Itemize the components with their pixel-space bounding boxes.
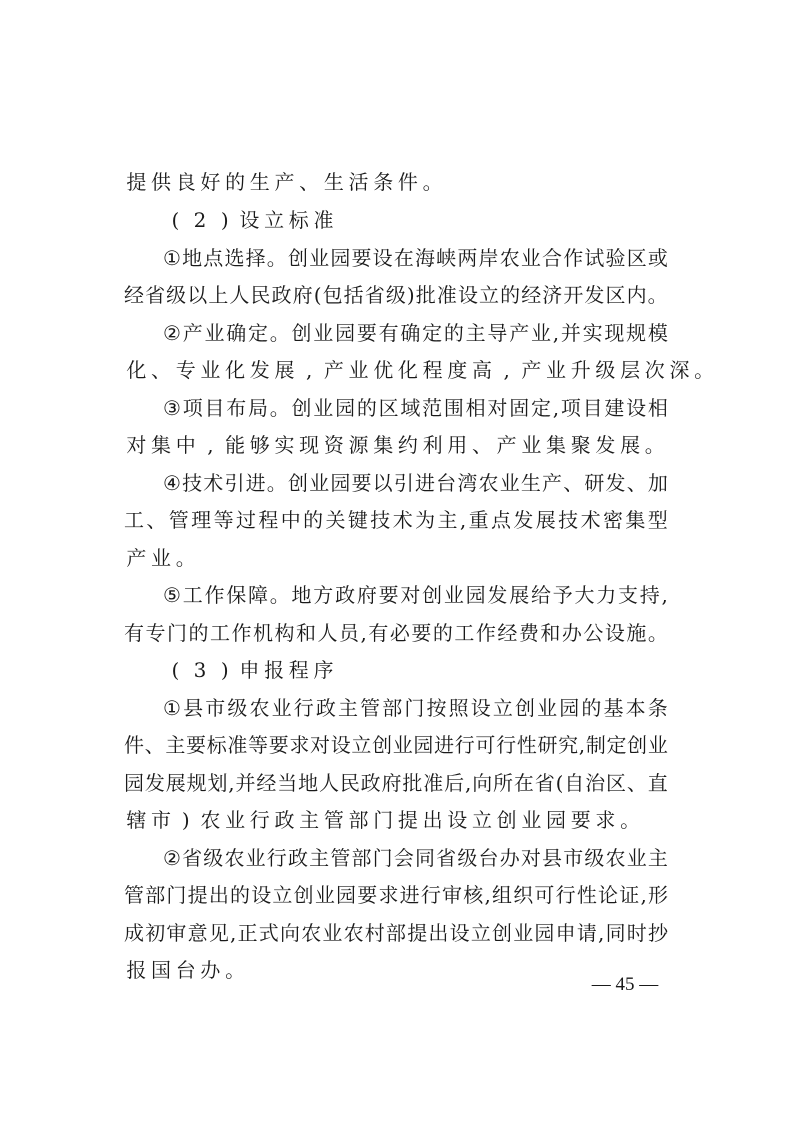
text-line: (2)设立标准 xyxy=(163,205,668,235)
text-line: 对集中,能够实现资源集约利用、产业集聚发展。 xyxy=(124,430,668,460)
text-line: ①地点选择。创业园要设在海峡两岸农业合作试验区或 xyxy=(163,243,668,273)
text-line: 件、主要标准等要求对设立创业园进行可行性研究,制定创业 xyxy=(124,730,668,760)
page-number: — 45 — xyxy=(587,972,663,998)
text-line: 产业。 xyxy=(124,543,668,573)
text-line: 园发展规划,并经当地人民政府批准后,向所在省(自治区、直 xyxy=(124,768,668,798)
text-line: (3)申报程序 xyxy=(163,655,668,685)
text-line: ②产业确定。创业园要有确定的主导产业,并实现规模 xyxy=(163,318,668,348)
text-line: ②省级农业行政主管部门会同省级台办对县市级农业主 xyxy=(163,843,668,873)
text-line: ①县市级农业行政主管部门按照设立创业园的基本条 xyxy=(163,693,668,723)
text-line: ③项目布局。创业园的区域范围相对固定,项目建设相 xyxy=(163,393,668,423)
document-page: 提供良好的生产、生活条件。(2)设立标准①地点选择。创业园要设在海峡两岸农业合作… xyxy=(0,0,793,1122)
text-line: 有专门的工作机构和人员,有必要的工作经费和办公设施。 xyxy=(124,618,668,648)
text-line: 管部门提出的设立创业园要求进行审核,组织可行性论证,形 xyxy=(124,880,668,910)
text-line: ④技术引进。创业园要以引进台湾农业生产、研发、加 xyxy=(163,468,668,498)
text-line: 成初审意见,正式向农业农村部提出设立创业园申请,同时抄 xyxy=(124,918,668,948)
text-line: 提供良好的生产、生活条件。 xyxy=(124,167,668,197)
text-line: ⑤工作保障。地方政府要对创业园发展给予大力支持, xyxy=(163,580,668,610)
text-line: 工、管理等过程中的关键技术为主,重点发展技术密集型 xyxy=(124,505,668,535)
text-line: 辖市)农业行政主管部门提出设立创业园要求。 xyxy=(124,805,668,835)
text-line: 化、专业化发展,产业优化程度高,产业升级层次深。 xyxy=(124,355,668,385)
text-line: 经省级以上人民政府(包括省级)批准设立的经济开发区内。 xyxy=(124,280,668,310)
